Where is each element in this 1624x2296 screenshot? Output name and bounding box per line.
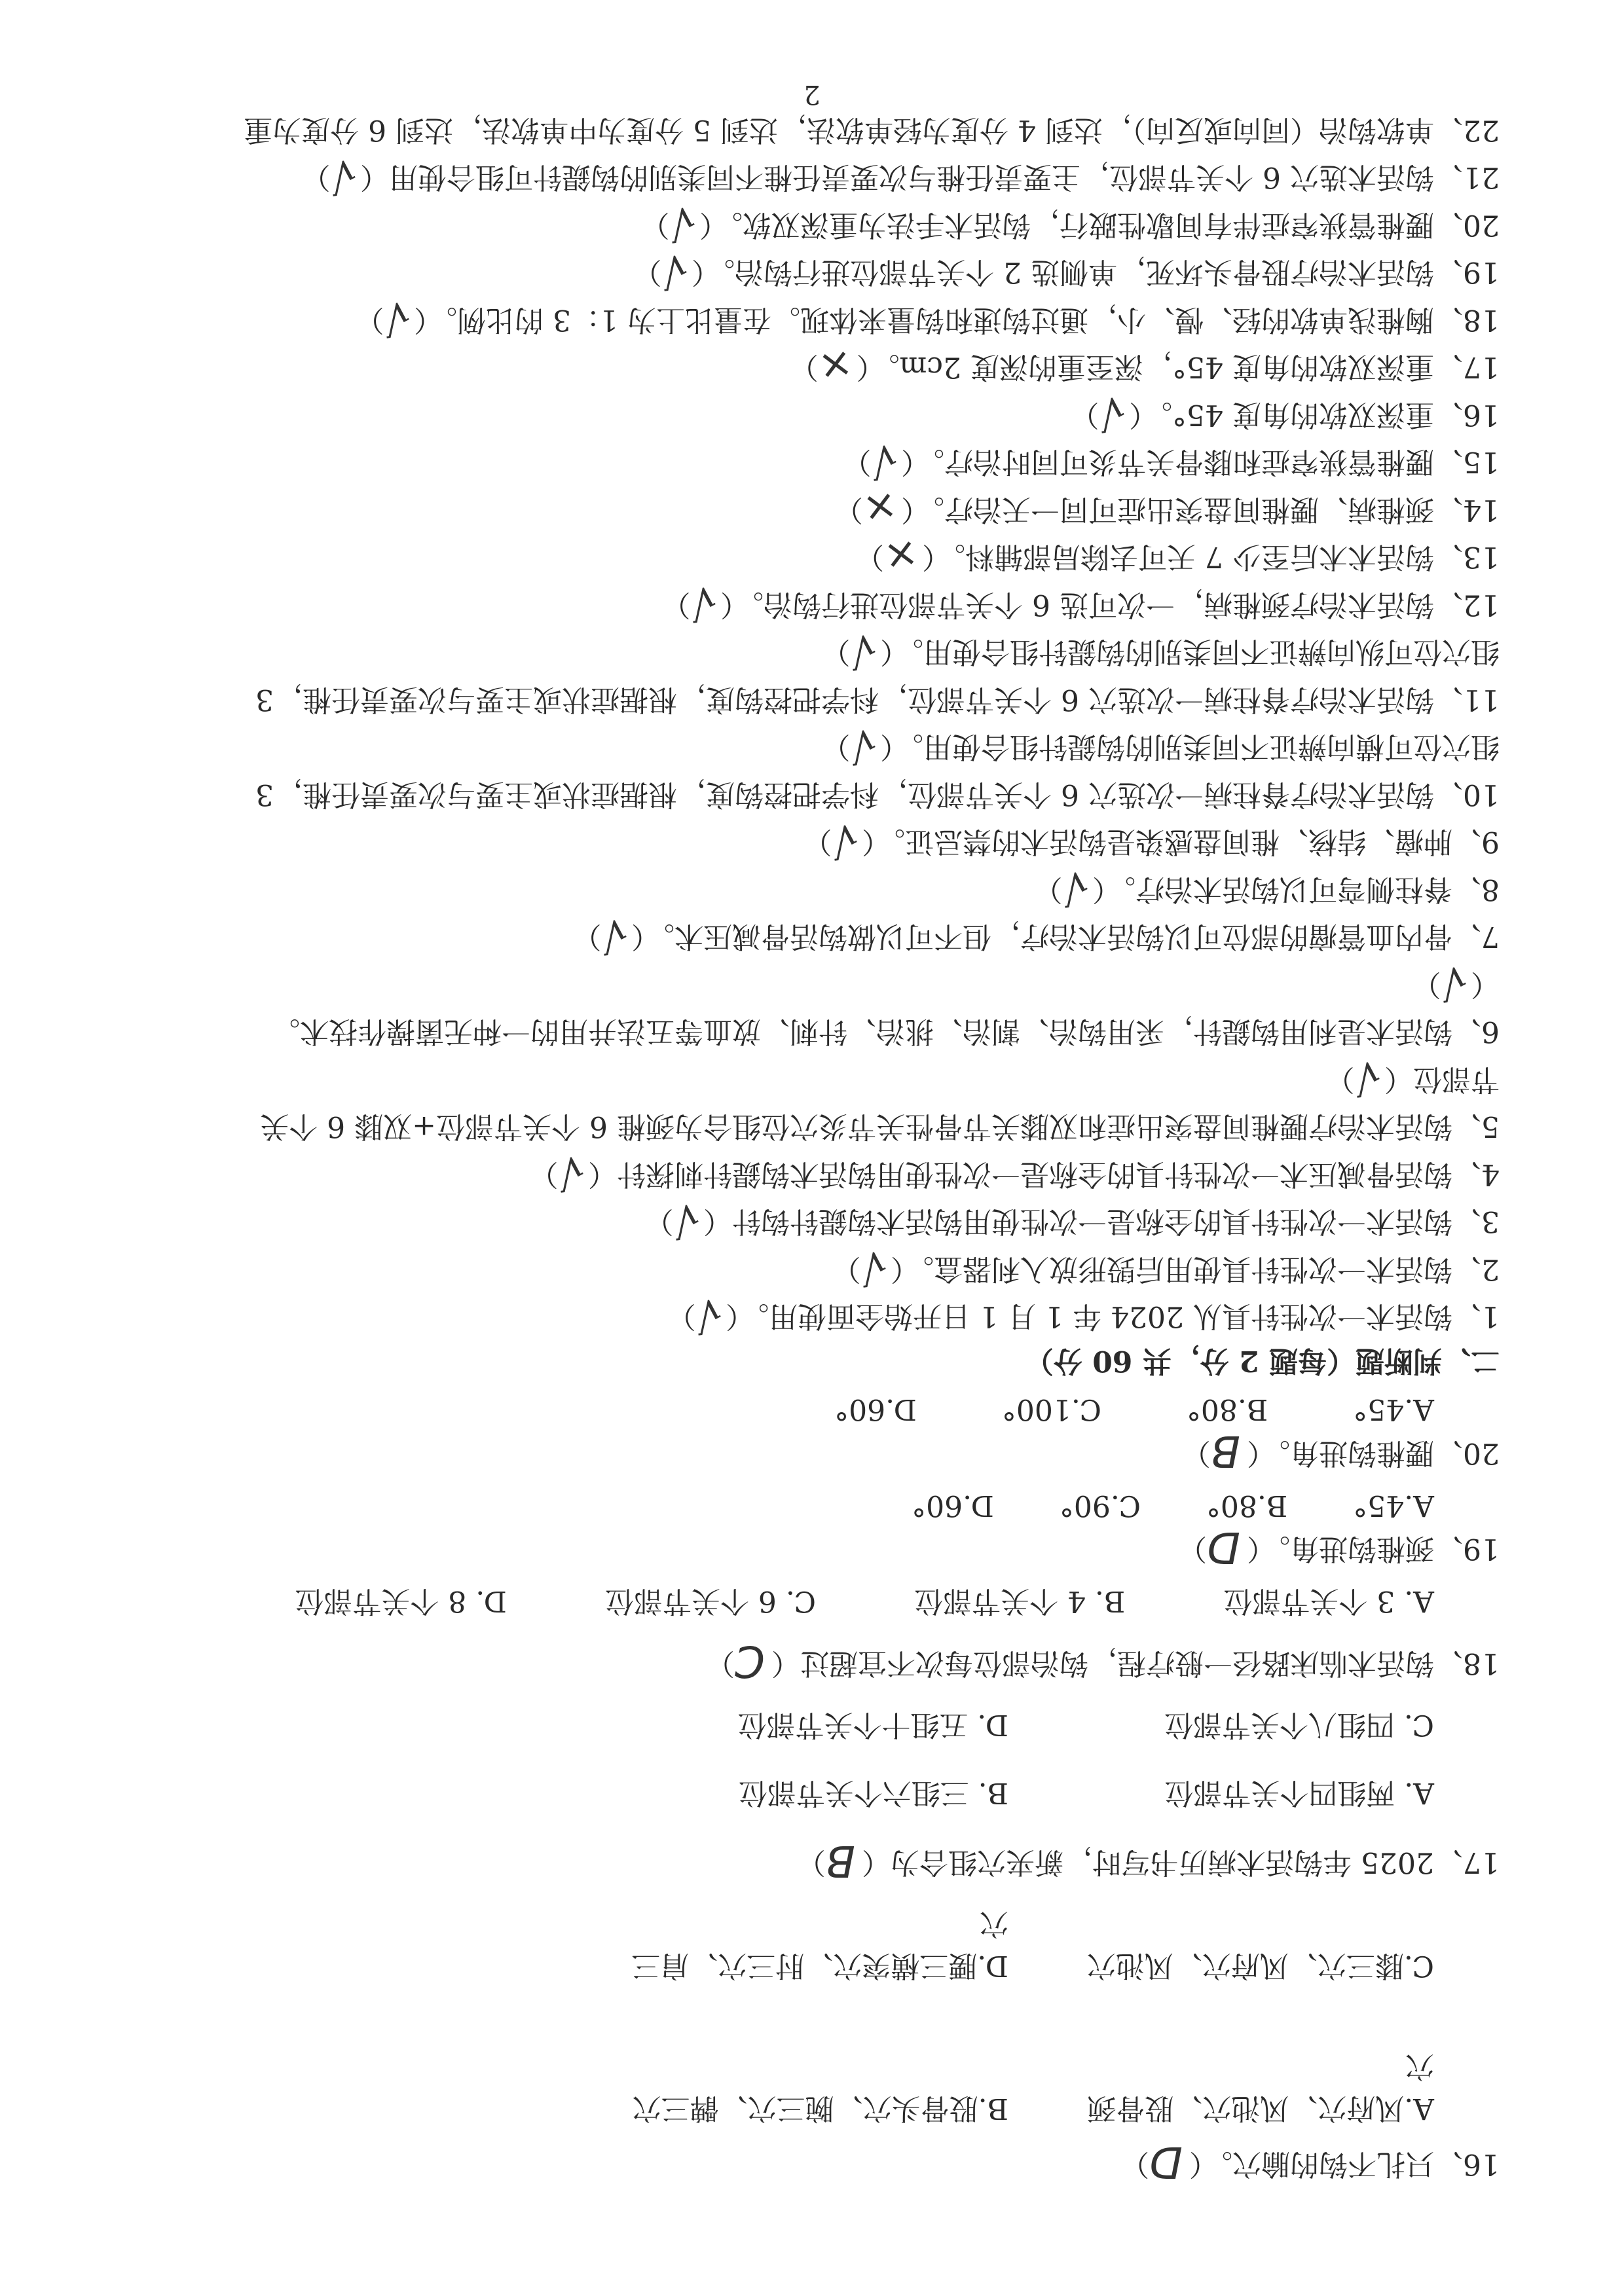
cross-mark-icon: × xyxy=(862,492,899,523)
check-mark-icon: √ xyxy=(849,635,878,665)
tf-item-19: 19、钩活术治疗股骨头坏死，单侧选 2 个关节部位进行钩治。（√） xyxy=(124,248,1500,296)
option-d: D. 五组十个关节部位 xyxy=(616,1704,1008,1745)
tf-item-10: 10、钩活术治疗脊柱病一次选穴 6 个关节部位，科学把控钩度，根据症状或主要与次… xyxy=(124,723,1500,818)
option-b: B.80° xyxy=(1206,1484,1287,1526)
exam-page: 16、只扎不钩的腧穴。（D） A.风府穴、风池穴、股骨颈穴 B.股骨头穴、腕三穴… xyxy=(0,0,1624,2296)
check-mark-icon: √ xyxy=(672,1205,701,1234)
check-mark-icon: √ xyxy=(1098,398,1127,428)
tf-item-17: 17、重深双软的角度 45°，深至重的深度 2cm。（×） xyxy=(124,343,1500,391)
tf-item-3: 3、钩活术一次性针具的全称是一次性使用钩活术钩鍉针钩针（√） xyxy=(124,1197,1500,1245)
cross-mark-icon: × xyxy=(883,540,920,571)
option-d: D. 8 个关节部位 xyxy=(295,1580,507,1622)
check-mark-icon: √ xyxy=(859,1252,889,1282)
tf-item-9: 9、肿瘤、结核、椎间盘感染是钩活术的禁忌证。（√） xyxy=(124,818,1500,866)
question-number: 20、 xyxy=(1434,1436,1500,1470)
tf-item-21: 21、钩活术选穴 6 个关节部位，主要责任椎与次要责任椎不同类别的钩鍉针可组合使… xyxy=(124,153,1500,201)
tf-item-8: 8、脊柱侧弯可以钩活术治疗。（√） xyxy=(124,866,1500,913)
check-mark-icon: √ xyxy=(830,825,860,854)
option-a: A. 3 个关节部位 xyxy=(1223,1580,1434,1622)
mc-question-20: 20、腰椎钩进角。（B） A.45° B.80° C.100° D.60° xyxy=(124,1389,1500,1474)
tf-item-5: 5、钩活术治疗腰椎间盘突出症和双膝关节骨性关节炎穴位组合为颈椎 6 个关节部位+… xyxy=(124,1055,1500,1150)
tf-item-16: 16、重深双软的角度 45°。（√） xyxy=(124,391,1500,439)
check-mark-icon: √ xyxy=(557,1157,586,1187)
option-d: D.60° xyxy=(912,1484,994,1526)
tf-item-13: 13、钩活术术后至少 7 天可去除局部辅料。（×） xyxy=(124,533,1500,581)
option-b: B.80° xyxy=(1187,1389,1268,1430)
check-mark-icon: √ xyxy=(329,160,358,190)
options: A. 两组四个关节部位 B. 三组六个关节部位 C. 四组八个关节部位 D. 五… xyxy=(124,1704,1500,1813)
option-a: A. 两组四个关节部位 xyxy=(1067,1772,1434,1813)
check-mark-icon: √ xyxy=(382,303,412,333)
question-stem: 颈椎钩进角。（ xyxy=(1247,1533,1434,1566)
option-b: B. 三组六个关节部位 xyxy=(616,1772,1008,1813)
option-a: A.45° xyxy=(1353,1389,1434,1430)
options: A.45° B.80° C.100° D.60° xyxy=(124,1389,1500,1430)
tf-item-12: 12、钩活术治疗颈椎病，一次可选 6 个关节部位进行钩治。（√） xyxy=(124,581,1500,629)
check-mark-icon: √ xyxy=(600,920,629,949)
tf-item-20: 20、腰椎管狭窄症伴有间歇性跛行，钩活术手法为重深双软。（√） xyxy=(124,201,1500,249)
check-mark-icon: √ xyxy=(660,255,690,285)
tf-item-1: 1、钩活术一次性针具从 2024 年 1 月 1 日开始全面使用。（√） xyxy=(124,1292,1500,1340)
handwritten-answer: D xyxy=(1207,1526,1240,1568)
check-mark-icon: √ xyxy=(1439,968,1469,997)
check-mark-icon: √ xyxy=(668,208,697,238)
option-d: D.60° xyxy=(834,1389,917,1430)
handwritten-answer: B xyxy=(1211,1430,1240,1472)
check-mark-icon: √ xyxy=(1061,873,1090,902)
tf-item-14: 14、颈椎病、腰椎间盘突出症可同一天治疗。（×） xyxy=(124,486,1500,534)
check-mark-icon: √ xyxy=(689,588,718,617)
check-mark-icon: √ xyxy=(870,445,899,475)
tf-item-18: 18、胸椎浅单软的轻、慢、小，通过钩速和钩量来体现。在量比上为 1：3 的比例。… xyxy=(124,296,1500,344)
mc-question-16: 16、只扎不钩的腧穴。（D） A.风府穴、风池穴、股骨颈穴 B.股骨头穴、腕三穴… xyxy=(124,1903,1500,2185)
tf-item-22: 22、单软钩治（同向或反向），达到 4 分度为轻单软法，达到 5 分度为中单软法… xyxy=(124,106,1500,154)
question-stem: 腰椎钩进角。（ xyxy=(1247,1436,1434,1470)
page-number: 2 xyxy=(0,79,1624,109)
mc-question-18: 18、钩活术临床路径一般疗程，钩治部位每次不宜超过（C） A. 3 个关节部位 … xyxy=(124,1580,1500,1685)
question-number: 18、 xyxy=(1434,1647,1500,1680)
options: A.风府穴、风池穴、股骨颈穴 B.股骨头穴、腕三穴、髀三穴 C.膝三穴、风府穴、… xyxy=(124,1903,1500,2130)
option-c: C.90° xyxy=(1060,1484,1141,1526)
option-c: C.100° xyxy=(1002,1389,1101,1430)
question-number: 19、 xyxy=(1434,1533,1500,1566)
tf-item-2: 2、钩活术一次性针具使用后毁形放入利器盒。（√） xyxy=(124,1245,1500,1293)
cross-mark-icon: × xyxy=(817,350,854,381)
mc-question-17: 17、2025 年钩活术病历书写时，新夹穴组合为（B） A. 两组四个关节部位 … xyxy=(124,1704,1500,1884)
tf-item-7: 7、骨内血管瘤的部位可以钩活术治疗，但不可以做钩活骨减压术。（√） xyxy=(124,913,1500,960)
check-mark-icon: √ xyxy=(1353,1063,1382,1092)
question-stem: 只扎不钩的腧穴。（ xyxy=(1189,2147,1434,2181)
handwritten-answer: C xyxy=(735,1641,765,1683)
tf-item-11: 11、钩活术治疗脊柱病一次选穴 6 个关节部位，科学把控钩度，根据症状或主要与次… xyxy=(124,628,1500,723)
handwritten-answer: B xyxy=(826,1840,855,1882)
options: A.45° B.80° C.90° D.60° xyxy=(124,1484,1500,1526)
question-stem: 钩活术临床路径一般疗程，钩治部位每次不宜超过（ xyxy=(771,1647,1434,1680)
mc-question-19: 19、颈椎钩进角。（D） A.45° B.80° C.90° D.60° xyxy=(124,1484,1500,1570)
question-number: 16、 xyxy=(1434,2147,1500,2181)
tf-item-6: 6、钩活术是利用钩鍉针，采用钩治、割治、挑治、针刺、放血等五法并用的一种无菌操作… xyxy=(124,960,1500,1055)
option-a: A.45° xyxy=(1353,1484,1434,1526)
option-c: C. 四组八个关节部位 xyxy=(1067,1704,1434,1745)
option-b: B. 4 个关节部位 xyxy=(914,1580,1125,1622)
true-false-list: 1、钩活术一次性针具从 2024 年 1 月 1 日开始全面使用。（√） 2、钩… xyxy=(124,106,1500,1340)
question-number: 17、 xyxy=(1434,1846,1500,1880)
option-b: B.股骨头穴、腕三穴、髀三穴 xyxy=(616,2046,1008,2130)
tf-item-15: 15、腰椎管狭窄症和膝骨关节炎可同时治疗。（√） xyxy=(124,438,1500,486)
option-c: C.膝三穴、风府穴、风池穴 xyxy=(1067,1903,1434,1987)
tf-item-4: 4、钩活骨减压术一次性针具的全称是一次性使用钩活术钩鍉针刺探针（√） xyxy=(124,1150,1500,1198)
option-c: C. 6 个关节部位 xyxy=(605,1580,816,1622)
question-stem: 2025 年钩活术病历书写时，新夹穴组合为（ xyxy=(862,1846,1434,1880)
handwritten-answer: D xyxy=(1149,2141,1183,2183)
check-mark-icon: √ xyxy=(694,1300,724,1329)
section-title-true-false: 二、判断题（每题 2 分，共 60 分） xyxy=(124,1340,1500,1382)
options: A. 3 个关节部位 B. 4 个关节部位 C. 6 个关节部位 D. 8 个关… xyxy=(124,1580,1500,1622)
check-mark-icon: √ xyxy=(849,730,878,759)
option-d: D.腰三横突穴、肘三穴、肩三穴 xyxy=(616,1903,1008,1987)
option-a: A.风府穴、风池穴、股骨颈穴 xyxy=(1067,2046,1434,2130)
